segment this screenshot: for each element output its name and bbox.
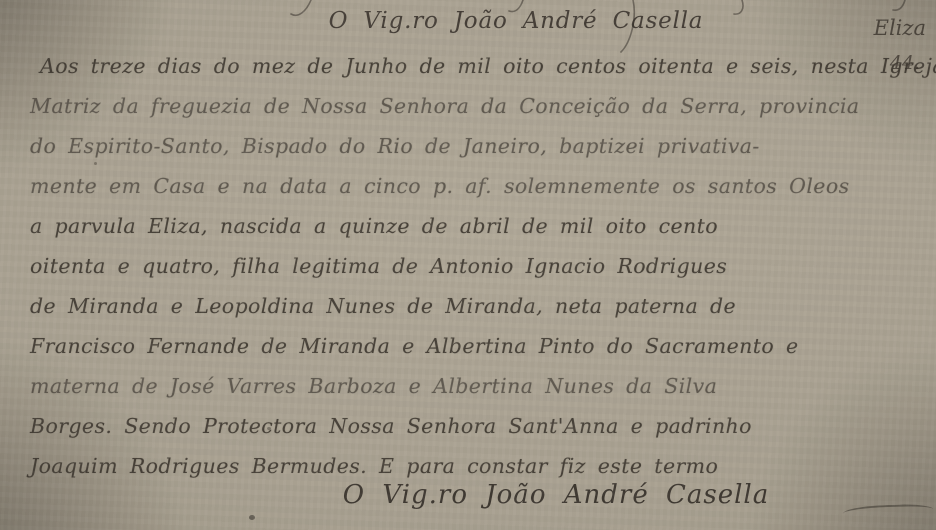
manuscript-line: a parvula Eliza, nascida a quinze de abr… (30, 206, 858, 246)
manuscript-line: Aos treze dias do mez de Junho de mil oi… (30, 46, 858, 86)
manuscript-line: oitenta e quatro, filha legitima de Anto… (30, 246, 858, 286)
manuscript-line: Borges. Sendo Protectora Nossa Senhora S… (30, 406, 858, 446)
manuscript-line: Matriz da freguezia de Nossa Senhora da … (30, 86, 858, 126)
ink-speck (249, 515, 255, 520)
manuscript-body: Aos treze dias do mez de Junho de mil oi… (30, 46, 858, 486)
scanned-baptism-register-page: O Vig.ro João André Casella Eliza 44. Ao… (0, 0, 936, 530)
margin-child-name: Eliza (874, 16, 926, 40)
ink-speck (267, 427, 271, 430)
previous-entry-vicar-signature: O Vig.ro João André Casella (48, 8, 936, 34)
ink-speck (94, 162, 97, 165)
manuscript-line: de Miranda e Leopoldina Nunes de Miranda… (30, 286, 858, 326)
manuscript-line: do Espirito-Santo, Bispado do Rio de Jan… (30, 126, 858, 166)
manuscript-line: materna de José Varres Barboza e Alberti… (30, 366, 858, 406)
manuscript-line: mente em Casa e na data a cinco p. af. s… (30, 166, 858, 206)
manuscript-line: Francisco Fernande de Miranda e Albertin… (30, 326, 858, 366)
vicar-signature: O Vig.ro João André Casella (88, 480, 936, 510)
